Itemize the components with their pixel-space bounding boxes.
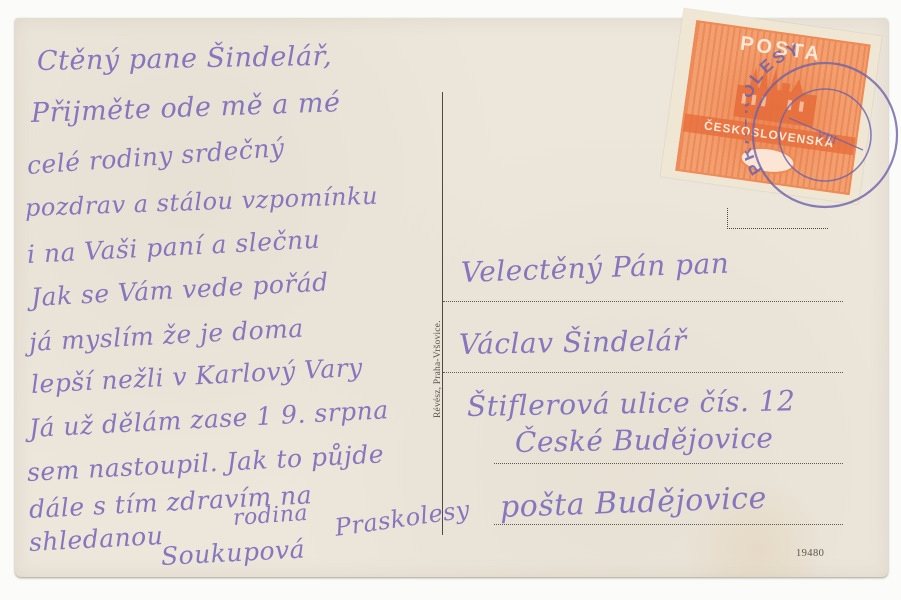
message-line: Jak se Vám vede pořád: [30, 267, 329, 312]
address-line-city: České Budějovice: [515, 421, 774, 459]
postmark-place: PRASKOLESY: [745, 40, 804, 179]
address-rule: [494, 463, 843, 464]
message-line: sem nastoupil. Jak to půjde: [26, 439, 384, 487]
postmark-cancellation: PRASKOLESY VIII: [745, 40, 901, 240]
address-line-street: Štiflerová ulice čís. 12: [467, 384, 796, 423]
message-line: Ctěný pane Šindelář,: [37, 41, 333, 77]
message-line: pozdrav a stálou vzpomínku: [25, 182, 379, 222]
svg-text:PRASKOLESY: PRASKOLESY: [745, 40, 804, 179]
message-line: celé rodiny srdečný: [26, 133, 285, 180]
publisher-imprint: Révész, Praha-Vršovice.: [433, 320, 443, 418]
message-line: lepší nežli v Karlový Vary: [30, 353, 363, 399]
message-line: Já už dělám zase 1 9. srpna: [28, 395, 389, 443]
address-rule: [443, 301, 843, 302]
serial-number: 19480: [796, 548, 824, 559]
address-line-name: Václav Šindelář: [459, 324, 687, 361]
postmark-date: VIII: [815, 127, 839, 147]
address-line-salutation: Velectěný Pán pan: [460, 247, 729, 289]
message-line: Přijměte ode mě a mé: [30, 87, 341, 129]
address-line-post-office: pošta Budějovice: [499, 481, 767, 525]
address-rule: [443, 372, 843, 373]
address-rule: [494, 524, 843, 525]
signature-name: Soukupová: [160, 534, 305, 571]
signature-place: Praskolesy: [333, 495, 472, 542]
signature-closing: rodina: [232, 501, 309, 531]
center-divider: [442, 92, 443, 535]
message-line: shledanou: [28, 521, 164, 557]
message-line: i na Vaši paní a slečnu: [26, 225, 321, 269]
message-line: já myslím že je doma: [28, 314, 304, 357]
